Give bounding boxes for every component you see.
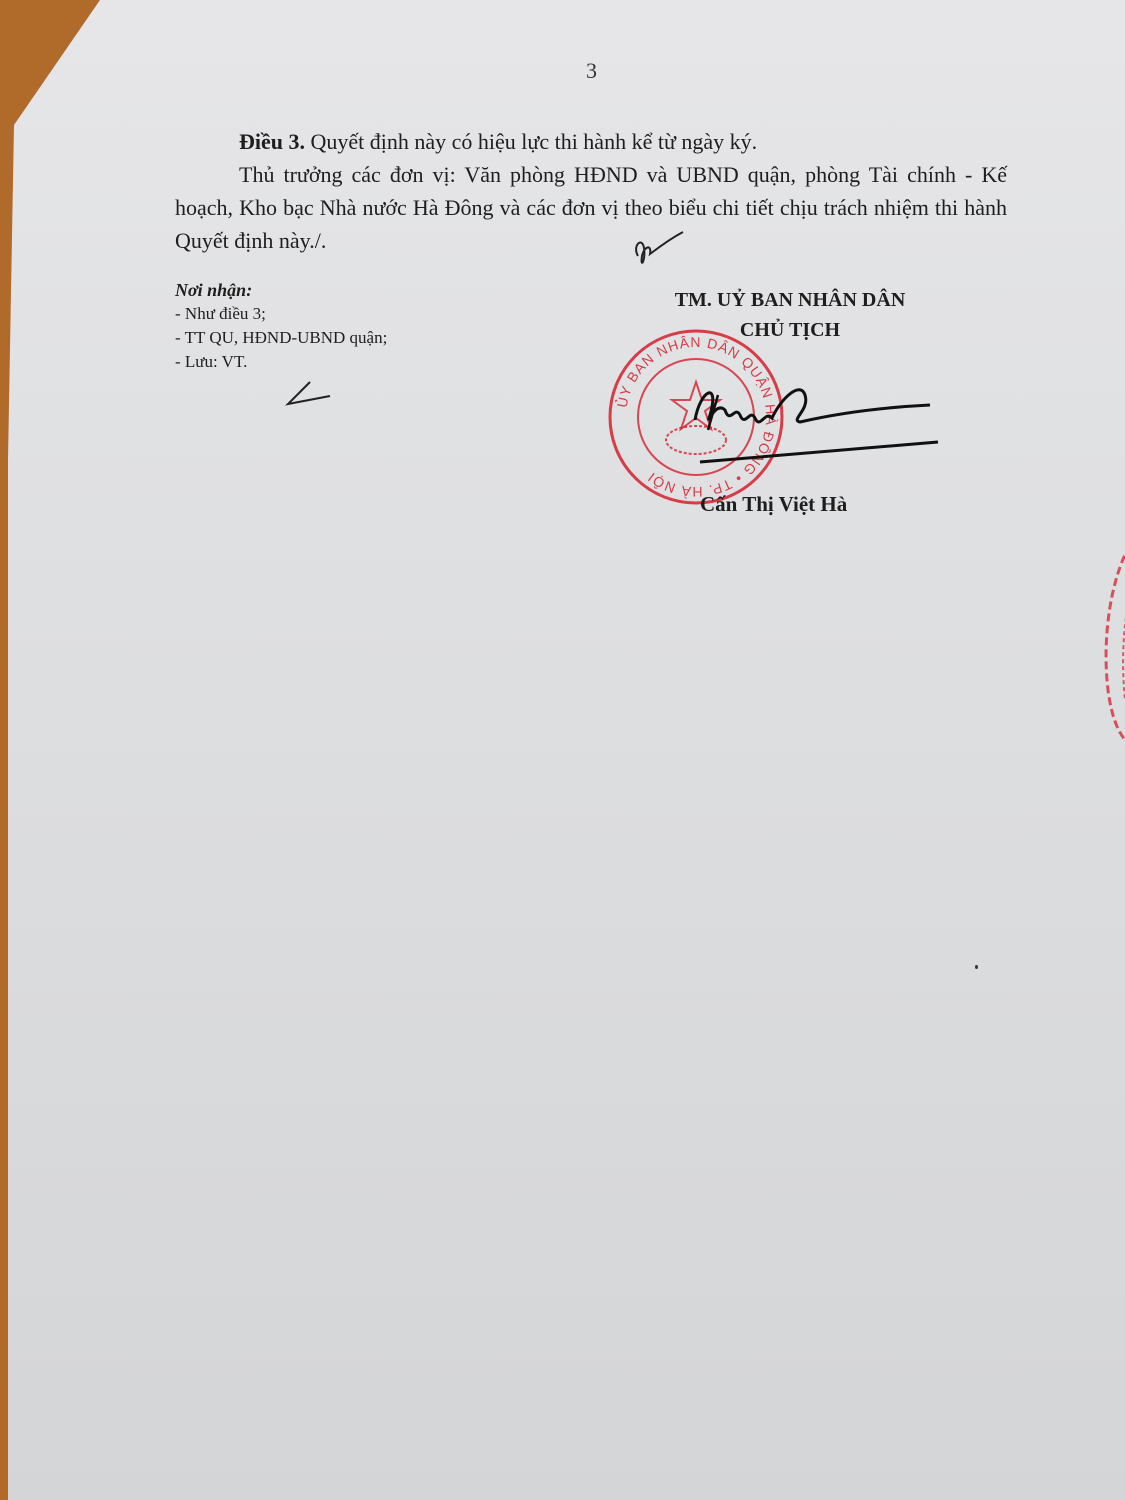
document-body: Điều 3. Quyết định này có hiệu lực thi h… [175,125,1007,257]
signing-role: CHỦ TỊCH [620,315,960,345]
paper-speck [975,965,978,969]
initial-mark [628,226,688,271]
article-label: Điều 3. [239,129,305,154]
recipient-item: - Lưu: VT. [175,350,387,374]
signer-name: Cấn Thị Việt Hà [700,492,847,517]
initial-mark [280,378,340,408]
handwritten-signature [600,360,950,470]
recipients-list: Nơi nhận: - Như điều 3; - TT QU, HĐND-UB… [175,278,387,374]
document-page: 3 Điều 3. Quyết định này có hiệu lực thi… [0,0,1125,1500]
page-number: 3 [586,58,597,84]
signing-organization: TM. UỶ BAN NHÂN DÂN [620,285,960,315]
article-3: Điều 3. Quyết định này có hiệu lực thi h… [175,125,1007,158]
signature-block: TM. UỶ BAN NHÂN DÂN CHỦ TỊCH [620,285,960,345]
responsibility-paragraph: Thủ trưởng các đơn vị: Văn phòng HĐND và… [175,158,1007,257]
recipients-title: Nơi nhận: [175,278,387,302]
recipient-item: - Như điều 3; [175,302,387,326]
recipient-item: - TT QU, HĐND-UBND quận; [175,326,387,350]
article-text: Quyết định này có hiệu lực thi hành kể t… [311,129,758,154]
partial-stamp-edge [1090,540,1125,750]
